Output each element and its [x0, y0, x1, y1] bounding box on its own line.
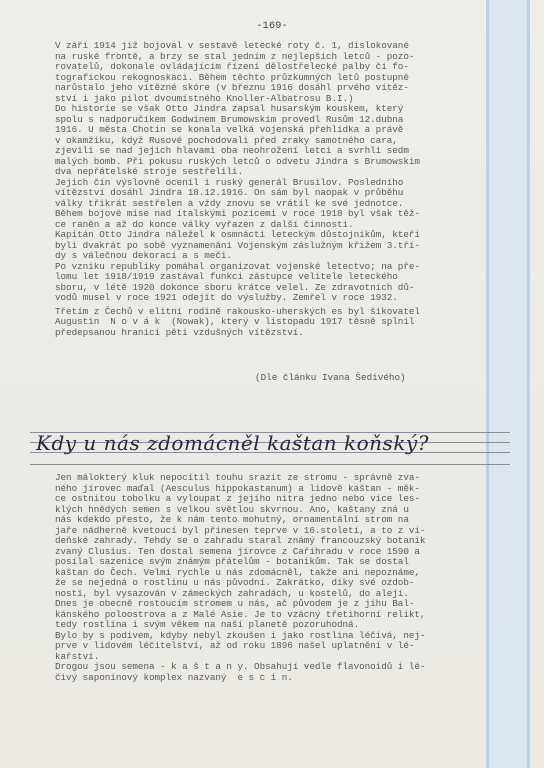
text-line: předepsanou hranici pěti vzdušných vítěz… [55, 328, 475, 339]
text-line: deňské zahrady. Tehdy se o zahradu stara… [55, 536, 475, 547]
text-line: tedy rostlina i svým věkem na naší plane… [55, 620, 475, 631]
text-line: ce ostnitou tobolku a vyloupat z jejího … [55, 494, 475, 505]
text-line: prve v lidovém léčitelství, až od roku 1… [55, 641, 475, 652]
text-line: dy s válečnou dekorací a s meči. [55, 251, 475, 262]
text-line: čivý saponinový komplex nazvaný e s c i … [55, 673, 475, 684]
text-line: posílal sazenice svým známým přátelům - … [55, 557, 475, 568]
margin-band [486, 0, 530, 768]
text-line: lomu let 1918/1919 zastával funkci zástu… [55, 272, 475, 283]
text-line: narůstalo jeho vítězné skóre (v březnu 1… [55, 83, 475, 94]
article-attribution: (Dle článku Ivana Šedivého) [255, 372, 406, 383]
text-line: vítězství dosáhl Jindra 18.12.1916. On s… [55, 188, 475, 199]
text-line: Dnes je obecně rostoucím stromem u nás, … [55, 599, 475, 610]
text-line: 1916. U města Chotin se konala velká voj… [55, 125, 475, 136]
text-line: Augustin N o v á k (Nowak), který v list… [55, 317, 475, 328]
text-line: vodů musel v roce 1921 odejít do výslužb… [55, 293, 475, 304]
margin-stripe-right [527, 0, 530, 768]
text-line: Drogou jsou semena - k a š t a n y. Obsa… [55, 662, 475, 673]
text-line: nás kdekdo přesto, že k nám tento mohutn… [55, 515, 475, 526]
text-line: V září 1914 již bojoval v sestavě leteck… [55, 41, 475, 52]
text-line: dva nepřátelské stroje sestřelili. [55, 167, 475, 178]
text-line: rovatelů, dokonale ovládajícím řízení dě… [55, 62, 475, 73]
text-line: Jen málokterý kluk nepocítil touhu srazi… [55, 473, 475, 484]
page-number: -169- [0, 20, 544, 32]
text-line: Během bojové mise nad italskými pozicemi… [55, 209, 475, 220]
ruled-line [30, 464, 510, 465]
heading-ruled-area: Kdy u nás zdomácněl kaštan koňský? [30, 428, 510, 468]
article-heading: Kdy u nás zdomácněl kaštan koňský? [36, 431, 429, 455]
text-line: Do historie se však Otto Jindra zapsal h… [55, 104, 475, 115]
margin-stripe-left [486, 0, 489, 768]
text-line: zjevili se nad jejich hlavami oba neohro… [55, 146, 475, 157]
scanned-page: -169- V září 1914 již bojoval v sestavě … [0, 0, 544, 768]
article-chestnut-body: Jen málokterý kluk nepocítil touhu srazi… [55, 473, 475, 683]
text-line: Kapitán Otto Jindra náležel k osmnácti l… [55, 230, 475, 241]
article-jindra-body: V září 1914 již bojoval v sestavě leteck… [55, 41, 475, 338]
text-line: že se nejedná o rostlinu u nás původní. … [55, 578, 475, 589]
